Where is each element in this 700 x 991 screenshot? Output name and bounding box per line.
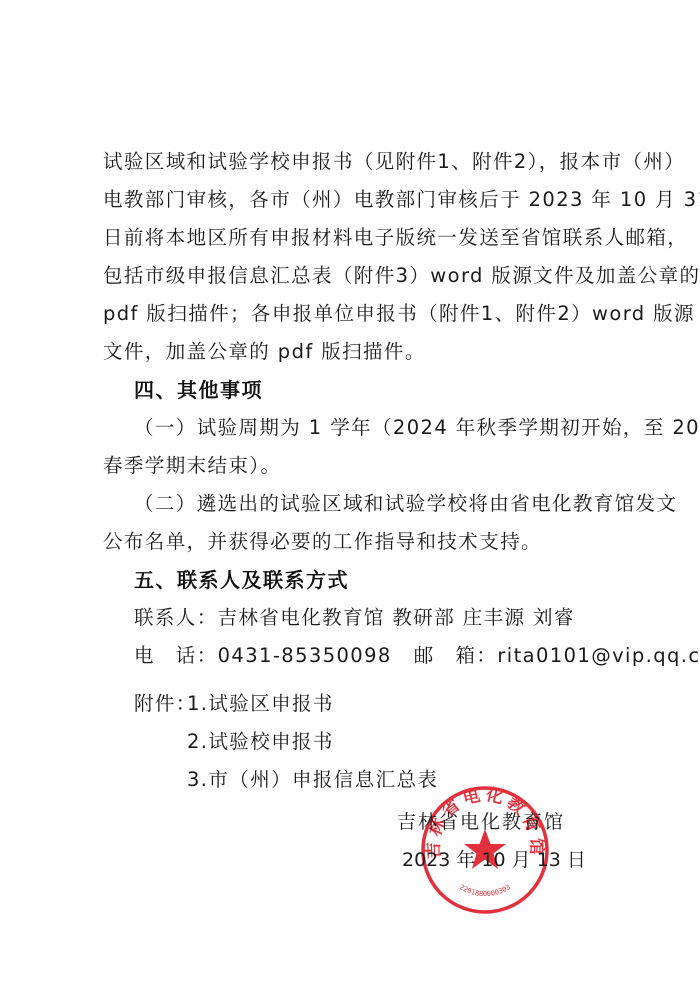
attachment-item: 3.市（州）申报信息汇总表 [187, 768, 438, 792]
attachment-item: 1.试验区申报书 [187, 692, 334, 716]
email-address: rita0101@vip.qq.com [497, 644, 700, 667]
body-text-line: 试验区域和试验学校申报书（见附件1、附件2），报本市（州） [103, 150, 625, 174]
contact-person: 联系人：吉林省电化教育馆 教研部 庄丰源 刘睿 [134, 606, 575, 630]
body-text-line: 文件，加盖公章的 pdf 版扫描件。 [103, 340, 426, 364]
attachment-item: 2.试验校申报书 [187, 730, 334, 754]
signature-date: 2023 年 10 月 13 日 [402, 848, 586, 872]
body-text-line: （二）遴选出的试验区域和试验学校将由省电化教育馆发文 [134, 492, 625, 516]
body-text-line: 公布名单，并获得必要的工作指导和技术支持。 [103, 530, 542, 554]
body-text-line: 春季学期末结束）。 [103, 454, 281, 478]
seal-serial: 2201880000303 [458, 883, 512, 898]
phone-label: 电 话： [134, 644, 218, 667]
body-text-line: 电教部门审核，各市（州）电教部门审核后于 2023 年 10 月 31 [103, 188, 625, 212]
svg-text:2201880000303: 2201880000303 [458, 883, 512, 898]
contact-phone-email-row: 电 话：0431-85350098邮 箱：rita0101@vip.qq.com [134, 644, 700, 668]
signature-organization: 吉林省电化教育馆 [397, 810, 565, 834]
body-text-line: （一）试验周期为 1 学年（2024 年秋季学期初开始，至 2025 [134, 416, 625, 440]
section-heading-other-matters: 四、其他事项 [134, 378, 263, 402]
section-heading-contact: 五、联系人及联系方式 [134, 568, 349, 592]
document-page: 试验区域和试验学校申报书（见附件1、附件2），报本市（州） 电教部门审核，各市（… [0, 0, 700, 991]
body-text-line: 包括市级申报信息汇总表（附件3）word 版源文件及加盖公章的 [103, 264, 625, 288]
body-text-line: 日前将本地区所有申报材料电子版统一发送至省馆联系人邮箱， [103, 226, 625, 250]
body-text-line: pdf 版扫描件；各申报单位申报书（附件1、附件2）word 版源 [103, 302, 625, 326]
phone-number: 0431-85350098 [218, 644, 392, 667]
email-label: 邮 箱： [414, 644, 498, 667]
